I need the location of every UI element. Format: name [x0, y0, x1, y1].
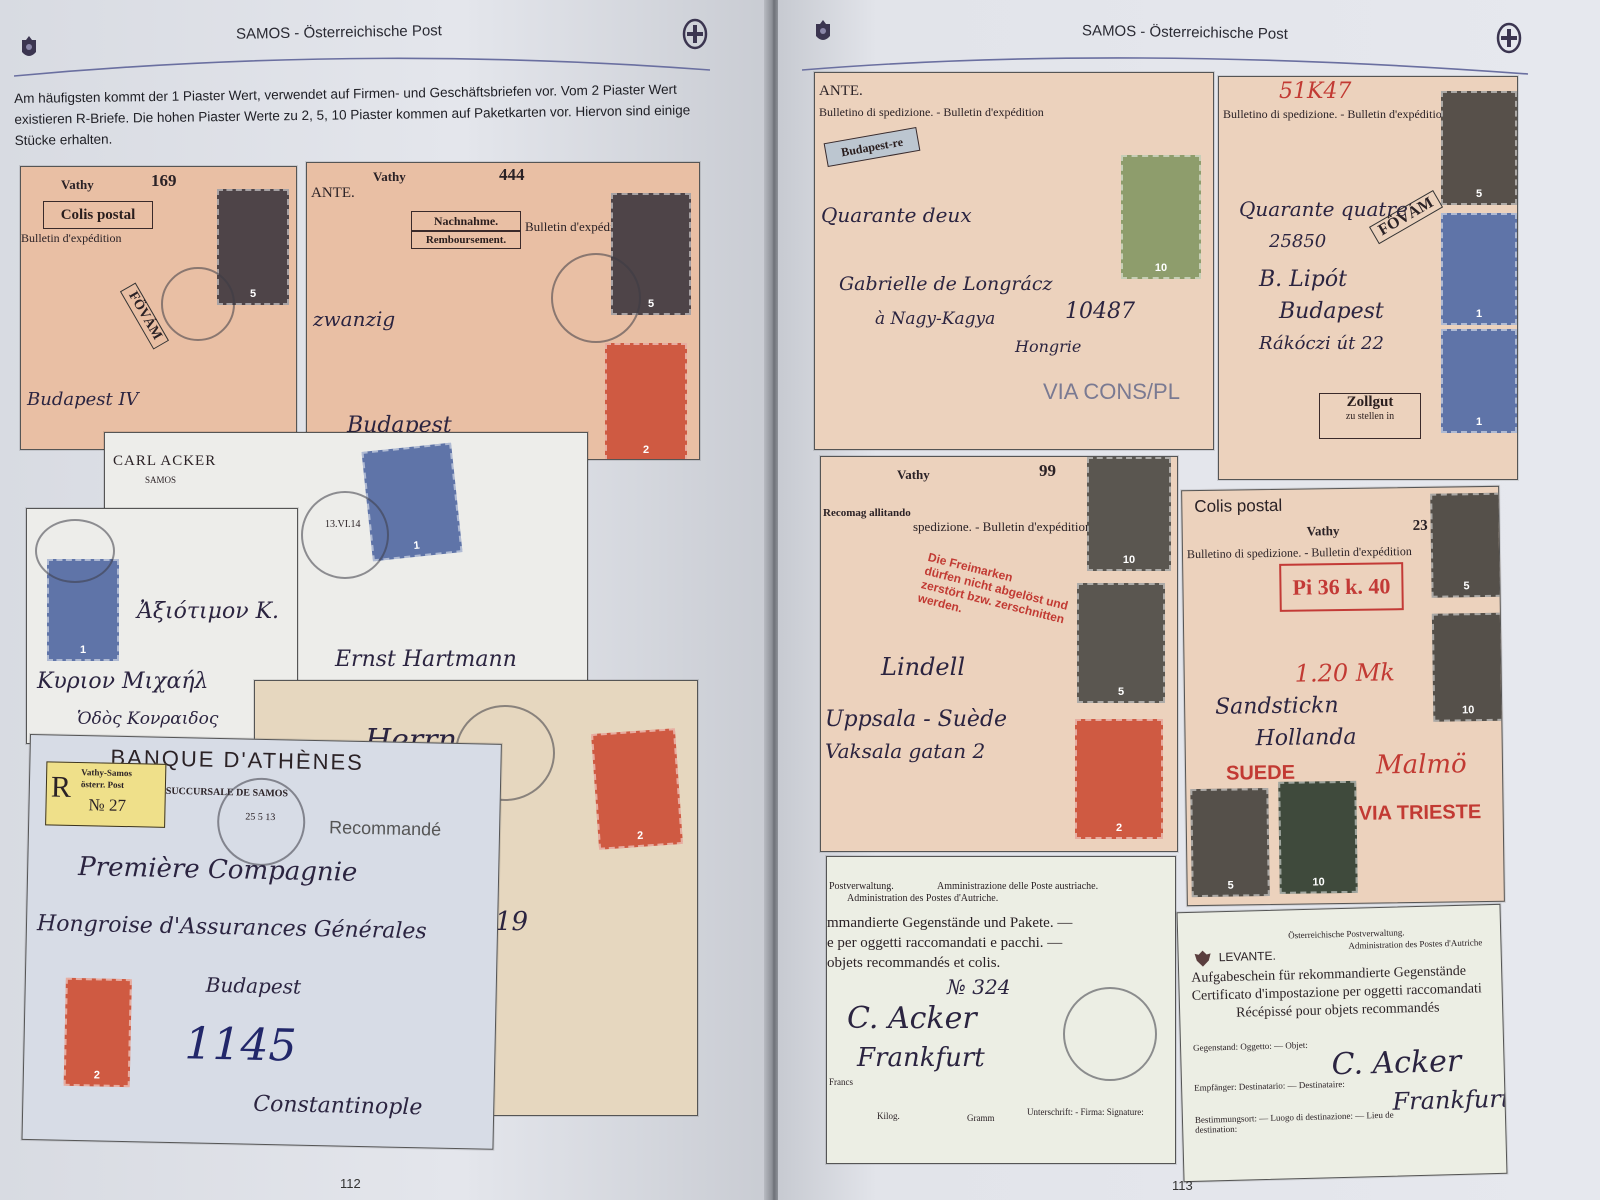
amount-handwriting: Quarante deux [821, 203, 972, 227]
sender-handwriting: C. Acker [1331, 1044, 1462, 1082]
charge-stamp: Pi 36 k. 40 [1279, 562, 1404, 612]
country-handwriting: Hongrie [1015, 337, 1081, 356]
stamp-2: 2 [591, 728, 683, 850]
title-german: mmandierte Gegenstände und Pakete. — [827, 915, 1072, 932]
place-handwriting: Frankfurt [857, 1043, 985, 1073]
form-line: Bulletin d'expédition [21, 231, 121, 246]
page-number-right: 113 [1172, 1178, 1193, 1193]
title-french: Récépissé pour objets recommandés [1236, 1000, 1440, 1021]
parcel-card-budapest-quarante-deux: ANTE. Bulletino di spedizione. - Bulleti… [814, 72, 1214, 450]
registered-envelope-banque-athenes: BANQUE D'ATHÈNES SUCCURSALE DE SAMOS R V… [21, 734, 501, 1150]
parcel-number: 10487 [1065, 299, 1135, 324]
number-handwriting: 1145 [184, 1018, 297, 1071]
stamp-5-a: 5 [1430, 493, 1501, 598]
addressee-line-2: Hongroise d'Assurances Générales [37, 911, 427, 944]
form-label: Recomag allitando [823, 507, 911, 519]
amount-handwriting: Quarante quatre [1239, 197, 1408, 221]
destination-country: SUEDE [1226, 762, 1295, 786]
stamp-10: 10 [1121, 155, 1201, 279]
field-gramm: Gramm [967, 1113, 995, 1123]
stamp-10-a: 10 [1432, 613, 1504, 722]
admin-french: Administration des Postes d'Autriche [1348, 937, 1482, 951]
registration-office-sub: österr. Post [81, 779, 124, 790]
stamp-2: 2 [64, 978, 132, 1087]
place-handwriting: Frankfurt [1392, 1085, 1507, 1116]
postmark [161, 267, 235, 341]
parcel-card-vathy-23-malmo: Colis postal Vathy 23 Bulletino di spedi… [1181, 486, 1505, 906]
title-french: objets recommandés et colis. [827, 955, 1000, 972]
field-kilog: Kilog. [877, 1111, 900, 1121]
postmark [551, 253, 641, 343]
registration-letter: R [51, 770, 72, 804]
addressee-handwriting: Ernst Hartmann [335, 647, 517, 672]
card-number: 169 [151, 171, 177, 191]
addressee-handwriting: B. Lipót [1259, 267, 1347, 292]
stamp-10-b: 10 [1278, 781, 1358, 894]
vathy-postmark [301, 491, 389, 579]
street-handwriting: Ὁδὸς Κονραιδος [77, 709, 218, 729]
stamp-1-b: 1 [1441, 329, 1517, 433]
stamp-10: 10 [1087, 457, 1171, 571]
office-name: Vathy [373, 169, 406, 185]
receipt-number: № 324 [947, 975, 1010, 999]
samos-crest-icon [812, 18, 834, 44]
form-line: Bulletino di spedizione. - Bulletin d'ex… [819, 105, 1044, 120]
city-handwriting: Malmö [1376, 749, 1467, 780]
form-line: Bulletino di spedizione. - Bulletin d'ex… [1223, 107, 1448, 122]
number-handwriting: 19 [495, 907, 528, 937]
city-handwriting: Budapest [1279, 299, 1384, 324]
red-number: 51K47 [1279, 79, 1351, 104]
admin-italian: Amministrazione delle Poste austriache. [937, 881, 1098, 892]
admin-german: Postverwaltung. [829, 881, 894, 892]
parcel-card-vathy-99-uppsala: Vathy 99 Recomag allitando spedizione. -… [820, 456, 1178, 852]
card-number: 23 [1413, 518, 1428, 535]
city-handwriting: Budapest [206, 973, 302, 999]
registration-label: R Vathy-Samos österr. Post № 27 [45, 761, 166, 827]
admin-french: Administration des Postes d'Autriche. [847, 893, 998, 904]
austrian-eagle-icon [1192, 948, 1213, 969]
field-object: Gegenstand: Oggetto: — Objet: [1193, 1040, 1308, 1053]
greek-cross-crest-icon [682, 18, 708, 50]
header-rule [14, 50, 714, 80]
office-name: Vathy [61, 177, 94, 193]
parcel-card-vathy-169: Vathy 169 Colis postal Bulletin d'expédi… [20, 166, 297, 450]
addressee-handwriting: Lindell [881, 653, 965, 681]
stamp-5: 5 [1441, 91, 1517, 205]
sender-handwriting: C. Acker [847, 1001, 977, 1036]
origin-handwriting: Constantinople [253, 1092, 423, 1121]
colis-postal-label: Colis postal [1194, 496, 1282, 517]
right-page: SAMOS - Österreichische Post ANTE. Bulle… [778, 0, 1600, 1200]
sender-name: CARL ACKER [113, 453, 216, 470]
zollgut-subtitle: zu stellen in [1320, 411, 1420, 422]
country-handwriting: Hollanda [1255, 725, 1356, 751]
field-francs: Francs [829, 1077, 853, 1087]
field-recipient: Empfänger: Destinatario: — Destinataire: [1194, 1079, 1345, 1093]
header-title: SAMOS - Österreichische Post [1082, 22, 1288, 43]
parcel-card-vathy-444: Vathy 444 ANTE. Nachnahme. Remboursement… [306, 162, 700, 460]
amount-handwriting: 1.20 Mk [1294, 658, 1395, 687]
page-number-left: 112 [340, 1176, 361, 1191]
city-handwriting: Uppsala - Suède [825, 707, 1007, 732]
nachnahme-label: Nachnahme. [411, 211, 521, 231]
title-italian: e per oggetti raccomandati e pacchi. — [827, 935, 1062, 952]
street-handwriting: Rákóczi út 22 [1259, 333, 1384, 354]
amount-handwriting: zwanzig [313, 307, 395, 331]
street-handwriting: Vaksala gatan 2 [825, 739, 985, 763]
form-header: ANTE. [311, 185, 355, 202]
levante-brand: LEVANTE. [1219, 949, 1276, 964]
form-line: spedizione. - Bulletin d'expédition [913, 519, 1092, 535]
stamp-5-b: 5 [1190, 788, 1270, 897]
vathy-postmark [35, 519, 115, 583]
vathy-postmark [1063, 987, 1157, 1081]
destination-label: Budapest-re [824, 127, 921, 167]
registration-office: Vathy-Samos [81, 767, 132, 778]
addressee-line-1: Première Compagnie [78, 852, 358, 888]
office-name: Vathy [1307, 523, 1340, 539]
registration-receipt-frankfurt: Postverwaltung. Amministrazione delle Po… [826, 856, 1176, 1164]
office-name: Vathy [897, 467, 930, 483]
card-number: 99 [1039, 461, 1056, 481]
remboursement-label: Remboursement. [411, 231, 521, 249]
via-marking: VIA CONS/PL [1043, 379, 1180, 405]
stamp-2: 2 [1075, 719, 1163, 839]
recommande-marking: Recommandé [329, 817, 441, 840]
parcel-card-budapest-lipot: 51K47 Bulletino di spedizione. - Bulleti… [1218, 76, 1518, 480]
card-number: 444 [499, 165, 525, 185]
admin-german: Österreichische Postverwaltung. [1288, 927, 1405, 940]
left-page: SAMOS - Österreichische Post Am häufigst… [0, 0, 770, 1200]
place-handwriting: à Nagy-Kagya [875, 309, 995, 329]
intro-paragraph: Am häufigsten kommt der 1 Piaster Wert, … [14, 78, 715, 151]
name-handwriting: Κυριον Μιχαήλ [37, 669, 208, 694]
form-header: ANTE. [819, 83, 863, 100]
postmark-date: 13.VI.14 [325, 519, 361, 530]
greeting-handwriting: Ἀξιότιμον Κ. [137, 599, 279, 624]
stamp-2: 2 [605, 343, 687, 460]
sender-place: SAMOS [145, 475, 176, 485]
stamp-1-a: 1 [1441, 213, 1517, 325]
field-signature: Unterschrift: - Firma: Signature: [1027, 1107, 1147, 1117]
reference-number: 25850 [1269, 231, 1326, 252]
field-destination: Bestimmungsort: — Luogo di destinazione:… [1195, 1110, 1395, 1135]
levante-registration-receipt: LEVANTE. Österreichische Postverwaltung.… [1177, 904, 1508, 1182]
header-title: SAMOS - Österreichische Post [236, 22, 442, 43]
zollgut-title: Zollgut [1320, 394, 1420, 411]
addressee-handwriting: Gabrielle de Longrácz [839, 273, 1052, 295]
form-line: Bulletino di spedizione. - Bulletin d'ex… [1187, 544, 1412, 562]
greek-cross-crest-icon [1496, 22, 1522, 54]
colis-postal-label: Colis postal [43, 201, 153, 229]
stamp-5: 5 [1077, 583, 1165, 703]
zollgut-label: Zollgut zu stellen in [1319, 393, 1421, 439]
addressee-handwriting: Sandstickn [1215, 693, 1339, 720]
registration-number: № 27 [88, 795, 126, 816]
address-handwriting: Budapest IV [27, 389, 139, 410]
postmark-date: 25 5 13 [245, 812, 275, 824]
red-warning-stamp: Die Freimarken dürfen nicht abgelöst und… [916, 550, 1072, 640]
via-trieste-marking: VIA TRIESTE [1358, 801, 1481, 826]
